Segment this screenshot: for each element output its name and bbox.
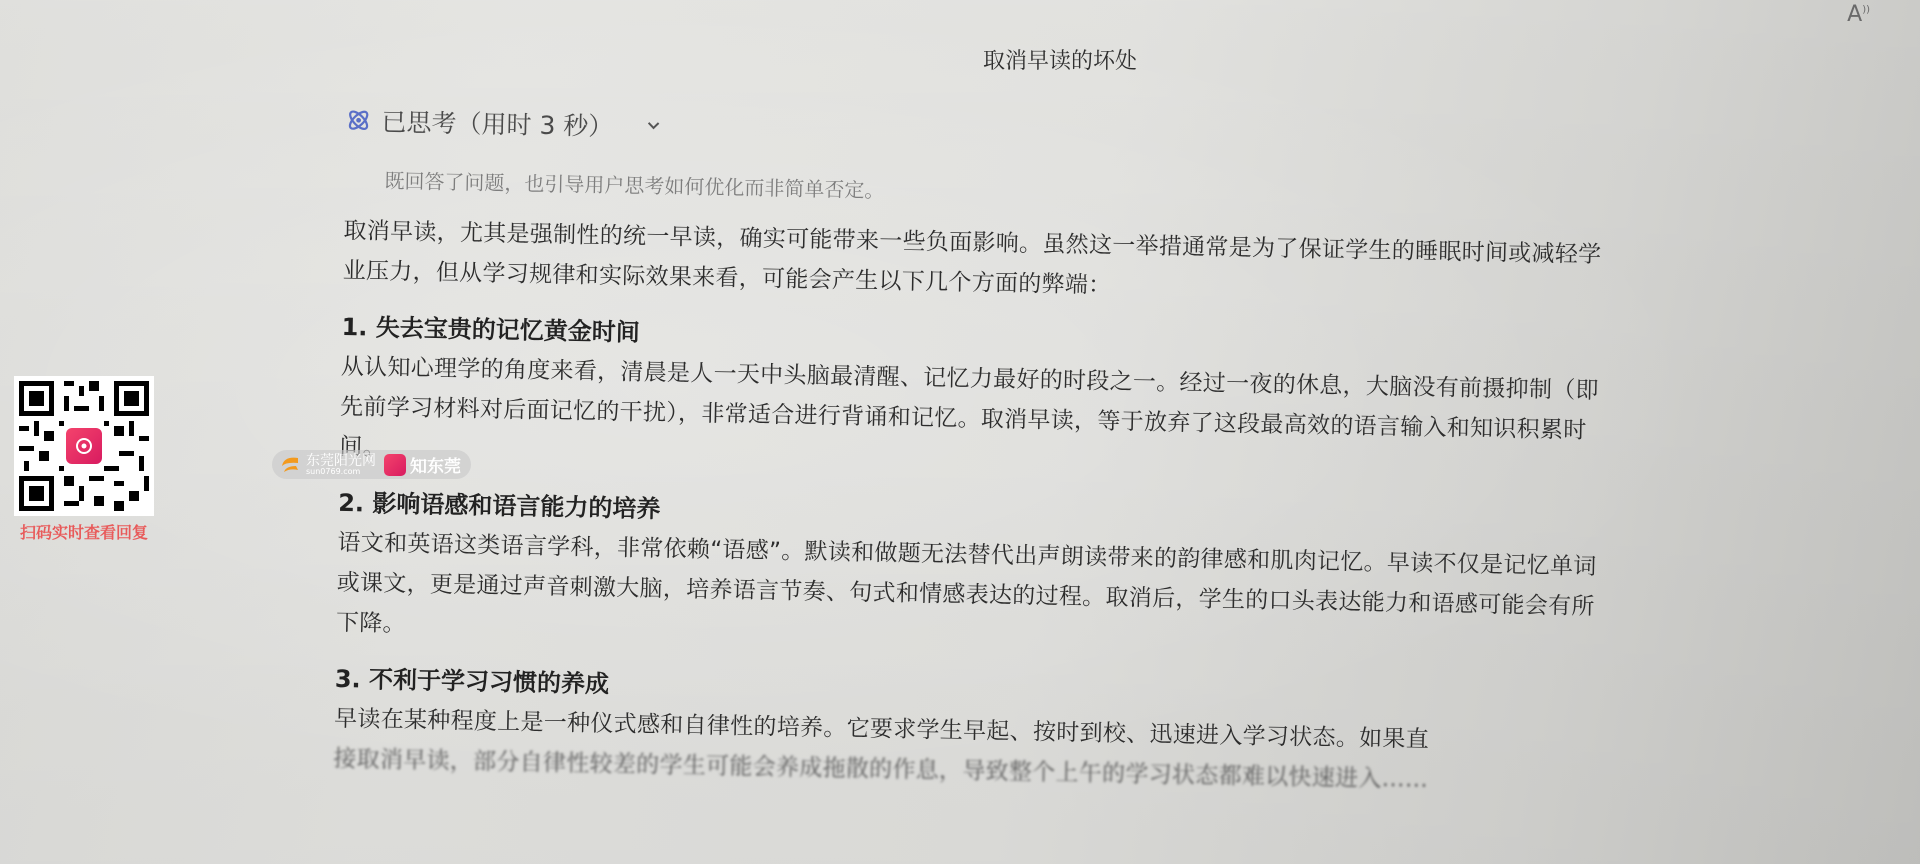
atom-icon: [345, 107, 371, 133]
thinking-summary: 既回答了问题，也引导用户思考如何优化而非简单否定。: [384, 165, 1614, 218]
qr-caption: 扫码实时查看回复: [14, 520, 154, 543]
site-logo-icon: [278, 454, 302, 476]
sound-wave-icon: )): [1862, 5, 1870, 16]
read-aloud-icon: A: [1847, 2, 1862, 27]
app-logo-icon: [384, 454, 406, 476]
read-aloud-button[interactable]: A)): [1847, 2, 1870, 27]
chevron-down-icon: [643, 116, 663, 136]
thinking-toggle[interactable]: 已思考（用时 3 秒）: [345, 100, 1616, 164]
watermark-site-name: 东莞阳光网: [306, 454, 376, 468]
watermark-app-name: 知东莞: [410, 452, 461, 477]
answer-intro: 取消早读，尤其是强制性的统一早读，确实可能带来一些负面影响。虽然这一举措通常是为…: [342, 211, 1613, 315]
watermark-app: 知东莞: [384, 452, 461, 477]
chat-response: 已思考（用时 3 秒） 既回答了问题，也引导用户思考如何优化而非简单否定。 取消…: [333, 100, 1616, 803]
app-logo-icon: [66, 428, 102, 464]
conversation-title: 取消早读的坏处: [0, 44, 1920, 75]
thinking-label: 已思考（用时 3 秒）: [381, 103, 613, 143]
qr-code[interactable]: [14, 376, 154, 516]
section-body: 语文和英语这类语言学科，非常依赖“语感”。默读和做题无法替代出声朗读带来的韵律感…: [336, 523, 1608, 667]
watermark: 东莞阳光网 sun0769.com 知东莞: [272, 450, 471, 479]
section-body: 从认知心理学的角度来看，清晨是人一天中头脑最清醒、记忆力最好的时段之一。经过一夜…: [339, 347, 1611, 491]
watermark-site: 东莞阳光网 sun0769.com: [278, 454, 376, 476]
watermark-site-url: sun0769.com: [306, 468, 376, 476]
